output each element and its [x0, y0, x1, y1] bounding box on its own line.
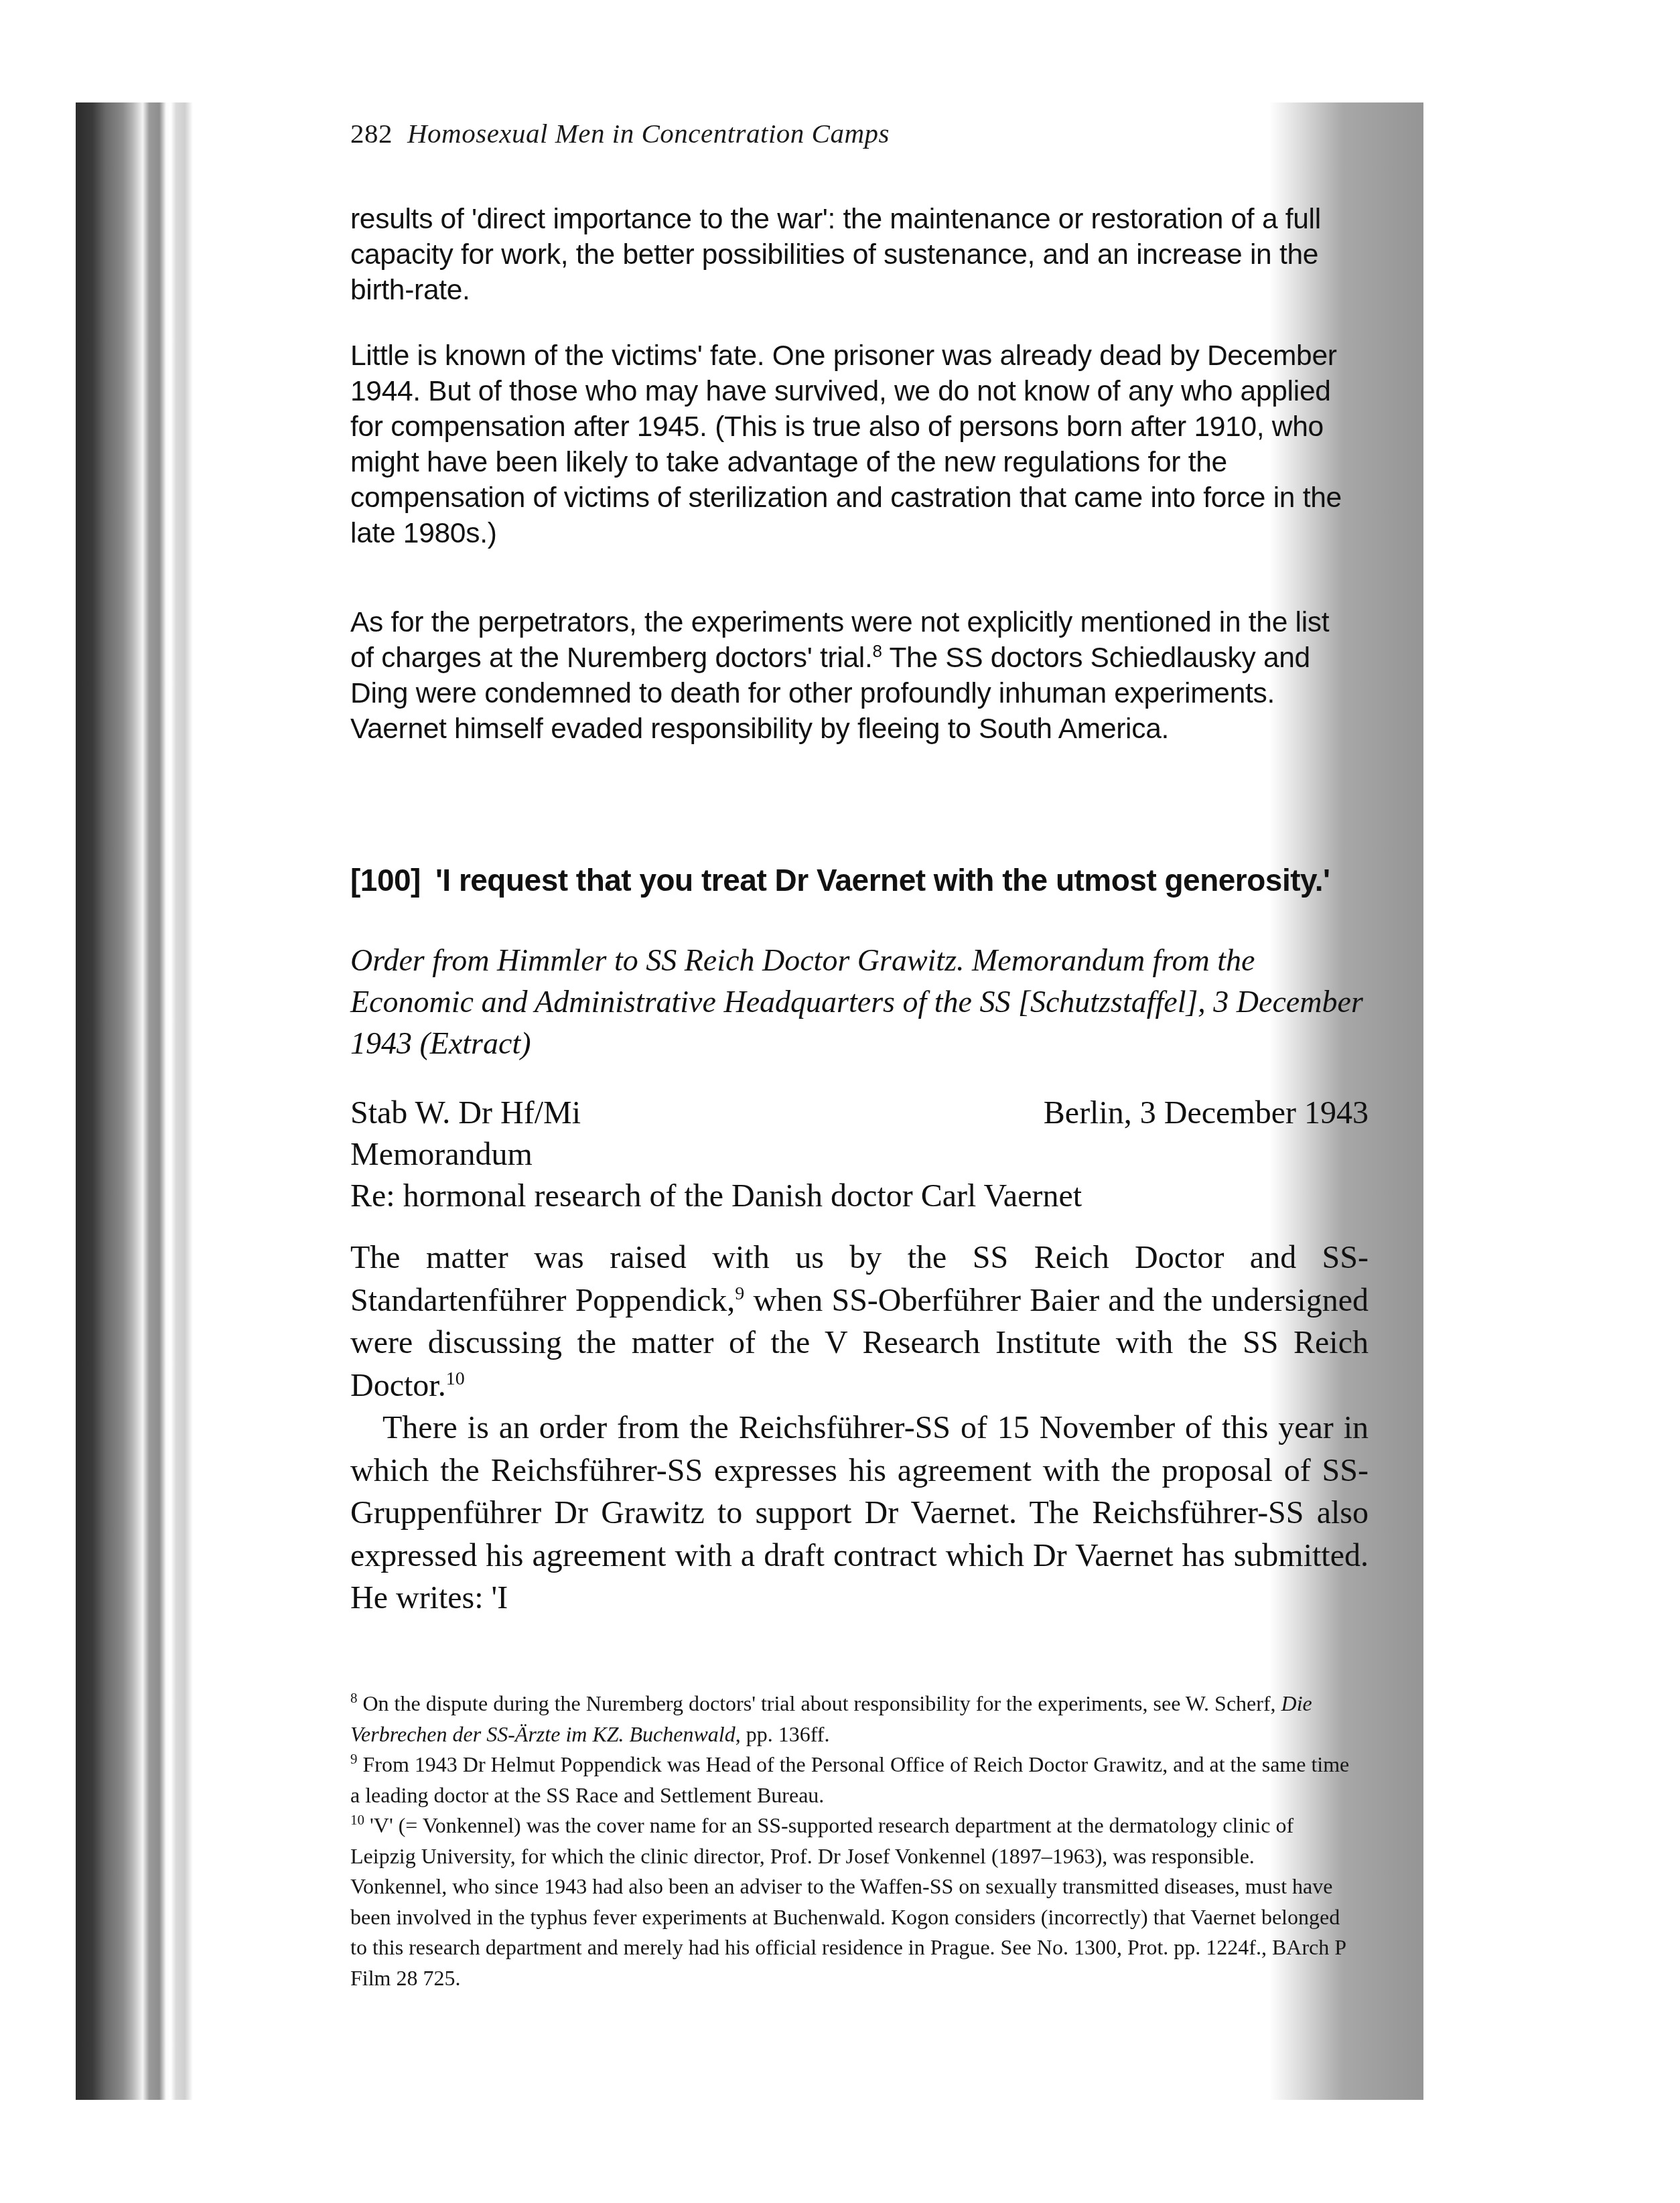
footnote-9: 9 From 1943 Dr Helmut Poppendick was Hea… [350, 1750, 1355, 1810]
document-number: [100] [350, 863, 421, 898]
footnote-text: On the dispute during the Nuremberg doct… [363, 1691, 1281, 1715]
page-number: 282 [350, 118, 393, 149]
document-title: 'I request that you treat Dr Vaernet wit… [435, 863, 1330, 898]
footnote-8: 8 On the dispute during the Nuremberg do… [350, 1689, 1355, 1750]
paragraph-text: results of 'direct importance to the war… [350, 202, 1355, 308]
footnote-ref-10[interactable]: 10 [446, 1368, 465, 1389]
scanned-book-page: 282Homosexual Men in Concentration Camps… [76, 102, 1423, 2100]
footnote-ref-8[interactable]: 8 [872, 641, 882, 661]
binding-shadow [76, 102, 193, 2100]
memo-body: The matter was raised with us by the SS … [350, 1236, 1369, 1620]
document-subtitle: Order from Himmler to SS Reich Doctor Gr… [350, 940, 1369, 1064]
footnote-number: 8 [350, 1690, 358, 1706]
memo-header: Stab W. Dr Hf/Mi Berlin, 3 December 1943… [350, 1092, 1369, 1217]
running-head: 282Homosexual Men in Concentration Camps [350, 117, 890, 149]
intro-paragraph-1: results of 'direct importance to the war… [350, 202, 1355, 308]
intro-paragraph-2: Little is known of the victims' fate. On… [350, 338, 1355, 551]
footnote-text: From 1943 Dr Helmut Poppendick was Head … [350, 1752, 1349, 1807]
memo-reference: Stab W. Dr Hf/Mi [350, 1092, 581, 1134]
memo-place-date: Berlin, 3 December 1943 [1044, 1092, 1369, 1134]
book-title: Homosexual Men in Concentration Camps [407, 118, 890, 149]
footnote-number: 10 [350, 1812, 364, 1828]
memo-paragraph-1: The matter was raised with us by the SS … [350, 1236, 1369, 1407]
memo-paragraph-2: There is an order from the Reichsführer-… [350, 1407, 1369, 1620]
document-heading: [100]'I request that you treat Dr Vaerne… [350, 859, 1355, 901]
memo-type: Memorandum [350, 1134, 1369, 1176]
paragraph-text: As for the perpetrators, the experiments… [350, 605, 1355, 747]
footnote-text: 'V' (= Vonkennel) was the cover name for… [350, 1813, 1346, 1990]
paragraph-text: Little is known of the victims' fate. On… [350, 338, 1355, 551]
memo-header-row: Stab W. Dr Hf/Mi Berlin, 3 December 1943 [350, 1092, 1369, 1134]
footnote-number: 9 [350, 1751, 358, 1767]
footnotes: 8 On the dispute during the Nuremberg do… [350, 1689, 1355, 1993]
footnote-10: 10 'V' (= Vonkennel) was the cover name … [350, 1810, 1355, 1993]
intro-paragraph-3: As for the perpetrators, the experiments… [350, 605, 1355, 747]
footnote-ref-9[interactable]: 9 [735, 1283, 744, 1304]
footnote-text: , pp. 136ff. [736, 1722, 830, 1746]
memo-subject: Re: hormonal research of the Danish doct… [350, 1176, 1369, 1217]
